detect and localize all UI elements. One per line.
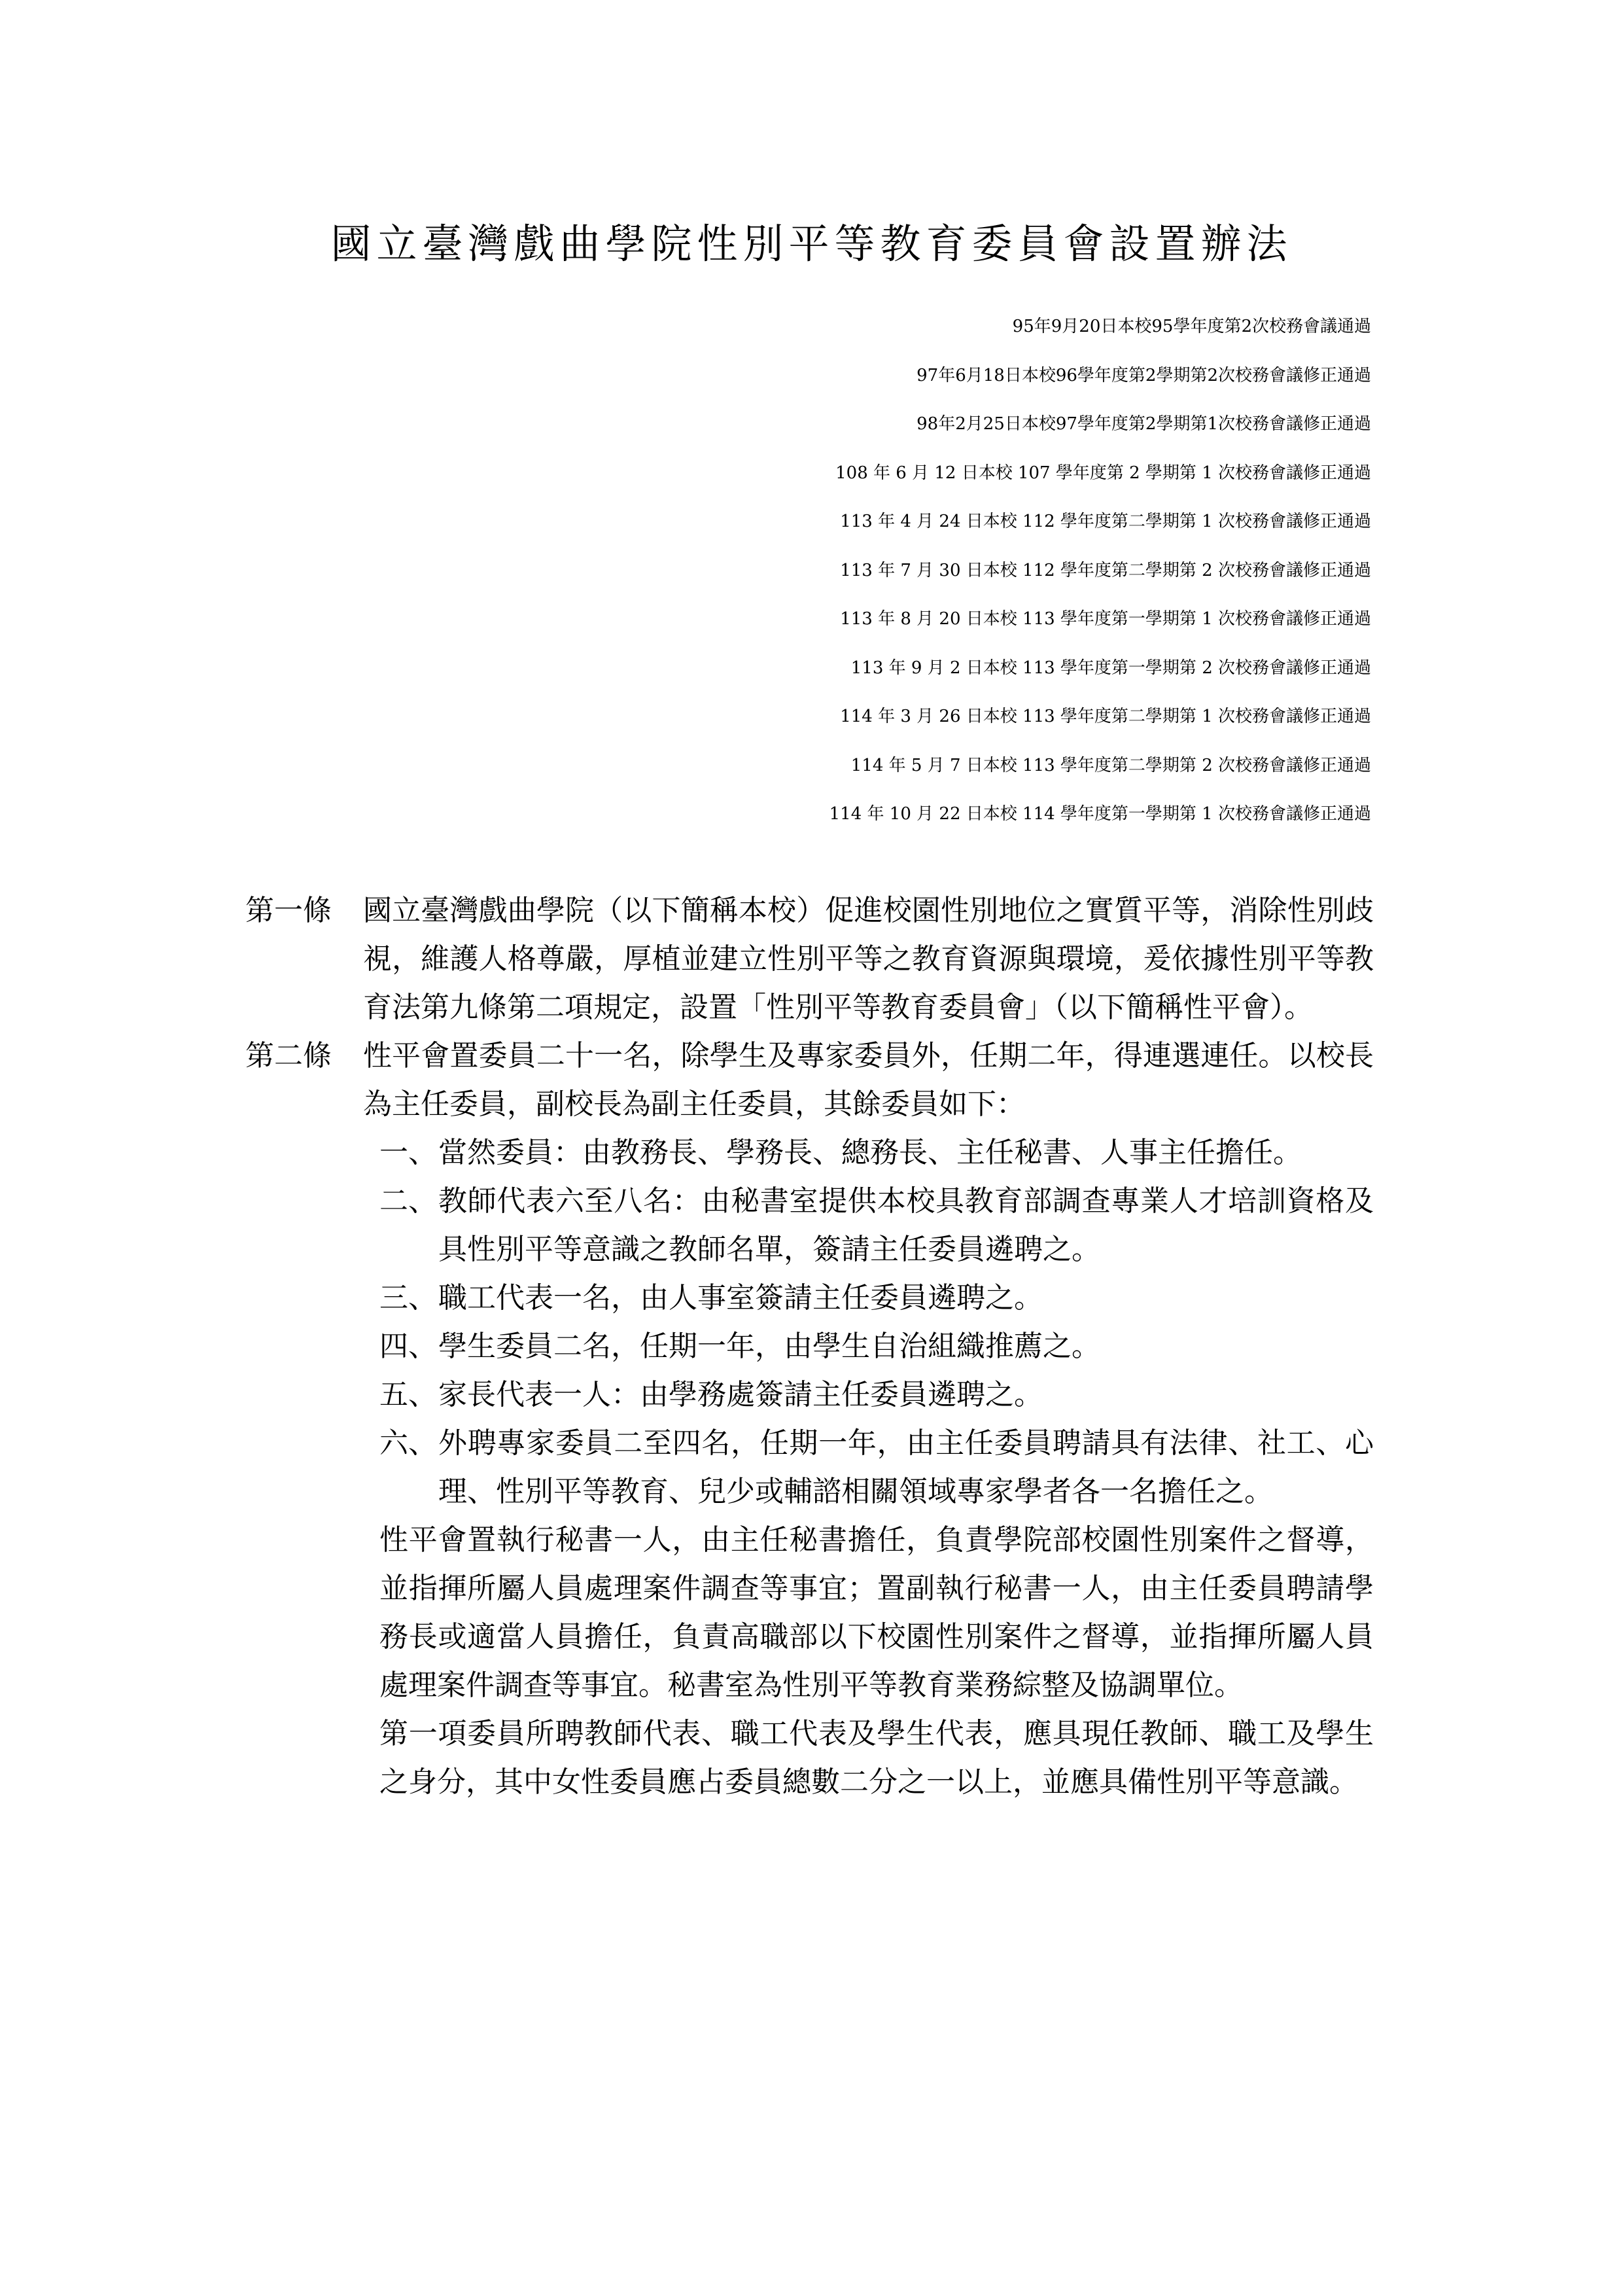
list-text: 學生委員二名，任期一年，由學生自治組織推薦之。 bbox=[438, 1322, 1374, 1371]
articles: 第一條 國立臺灣戲曲學院（以下簡稱本校）促進校園性別地位之實質平等，消除性別歧視… bbox=[245, 887, 1377, 1807]
list-item: 一、 當然委員：由教務長、學務長、總務長、主任秘書、人事主任擔任。 bbox=[379, 1129, 1374, 1177]
history-line: 97年6月18日本校96學年度第2學期第2次校務會議修正通過 bbox=[829, 351, 1371, 400]
list-text: 家長代表一人：由學務處簽請主任委員遴聘之。 bbox=[438, 1371, 1374, 1419]
list-item: 六、 外聘專家委員二至四名，任期一年，由主任委員聘請具有法律、社工、心理、性別平… bbox=[379, 1419, 1374, 1516]
history-line: 108 年 6 月 12 日本校 107 學年度第 2 學期第 1 次校務會議修… bbox=[829, 449, 1371, 498]
history-line: 114 年 5 月 7 日本校 113 學年度第二學期第 2 次校務會議修正通過 bbox=[829, 741, 1371, 790]
list-number: 六、 bbox=[379, 1419, 438, 1516]
article-body: 性平會置委員二十一名，除學生及專家委員外，任期二年，得連選連任。以校長為主任委員… bbox=[363, 1032, 1374, 1807]
history-line: 114 年 3 月 26 日本校 113 學年度第二學期第 1 次校務會議修正通… bbox=[829, 692, 1371, 741]
paragraph: 第一項委員所聘教師代表、職工代表及學生代表，應具現任教師、職工及學生之身分，其中… bbox=[379, 1710, 1374, 1807]
list-number: 四、 bbox=[379, 1322, 438, 1371]
article-label: 第一條 bbox=[245, 887, 332, 935]
member-list: 一、 當然委員：由教務長、學務長、總務長、主任秘書、人事主任擔任。 二、 教師代… bbox=[379, 1129, 1374, 1516]
history-line: 114 年 10 月 22 日本校 114 學年度第一學期第 1 次校務會議修正… bbox=[829, 790, 1371, 839]
history-line: 113 年 8 月 20 日本校 113 學年度第一學期第 1 次校務會議修正通… bbox=[829, 595, 1371, 644]
list-item: 四、 學生委員二名，任期一年，由學生自治組織推薦之。 bbox=[379, 1322, 1374, 1371]
article-text: 性平會置委員二十一名，除學生及專家委員外，任期二年，得連選連任。以校長為主任委員… bbox=[363, 1032, 1374, 1129]
history-line: 113 年 9 月 2 日本校 113 學年度第一學期第 2 次校務會議修正通過 bbox=[829, 644, 1371, 693]
history-line: 113 年 7 月 30 日本校 112 學年度第二學期第 2 次校務會議修正通… bbox=[829, 546, 1371, 595]
history-line: 95年9月20日本校95學年度第2次校務會議通過 bbox=[829, 302, 1371, 351]
history-line: 98年2月25日本校97學年度第2學期第1次校務會議修正通過 bbox=[829, 400, 1371, 449]
list-item: 五、 家長代表一人：由學務處簽請主任委員遴聘之。 bbox=[379, 1371, 1374, 1419]
list-text: 外聘專家委員二至四名，任期一年，由主任委員聘請具有法律、社工、心理、性別平等教育… bbox=[438, 1419, 1374, 1516]
list-number: 一、 bbox=[379, 1129, 438, 1177]
article-1: 第一條 國立臺灣戲曲學院（以下簡稱本校）促進校園性別地位之實質平等，消除性別歧視… bbox=[245, 887, 1377, 1032]
list-text: 當然委員：由教務長、學務長、總務長、主任秘書、人事主任擔任。 bbox=[438, 1129, 1374, 1177]
list-item: 二、 教師代表六至八名：由秘書室提供本校具教育部調查專業人才培訓資格及具性別平等… bbox=[379, 1177, 1374, 1274]
article-text: 國立臺灣戲曲學院（以下簡稱本校）促進校園性別地位之實質平等，消除性別歧視，維護人… bbox=[363, 887, 1374, 1032]
list-text: 職工代表一名，由人事室簽請主任委員遴聘之。 bbox=[438, 1274, 1374, 1322]
list-number: 二、 bbox=[379, 1177, 438, 1274]
history-line: 113 年 4 月 24 日本校 112 學年度第二學期第 1 次校務會議修正通… bbox=[829, 497, 1371, 546]
list-number: 三、 bbox=[379, 1274, 438, 1322]
document-title: 國立臺灣戲曲學院性別平等教育委員會設置辦法 bbox=[0, 215, 1623, 274]
amendment-history: 95年9月20日本校95學年度第2次校務會議通過 97年6月18日本校96學年度… bbox=[829, 302, 1371, 839]
list-text: 教師代表六至八名：由秘書室提供本校具教育部調查專業人才培訓資格及具性別平等意識之… bbox=[438, 1177, 1374, 1274]
article-label: 第二條 bbox=[245, 1032, 332, 1080]
list-number: 五、 bbox=[379, 1371, 438, 1419]
article-2: 第二條 性平會置委員二十一名，除學生及專家委員外，任期二年，得連選連任。以校長為… bbox=[245, 1032, 1377, 1807]
paragraph: 性平會置執行秘書一人，由主任秘書擔任，負責學院部校園性別案件之督導，並指揮所屬人… bbox=[379, 1516, 1374, 1710]
list-item: 三、 職工代表一名，由人事室簽請主任委員遴聘之。 bbox=[379, 1274, 1374, 1322]
